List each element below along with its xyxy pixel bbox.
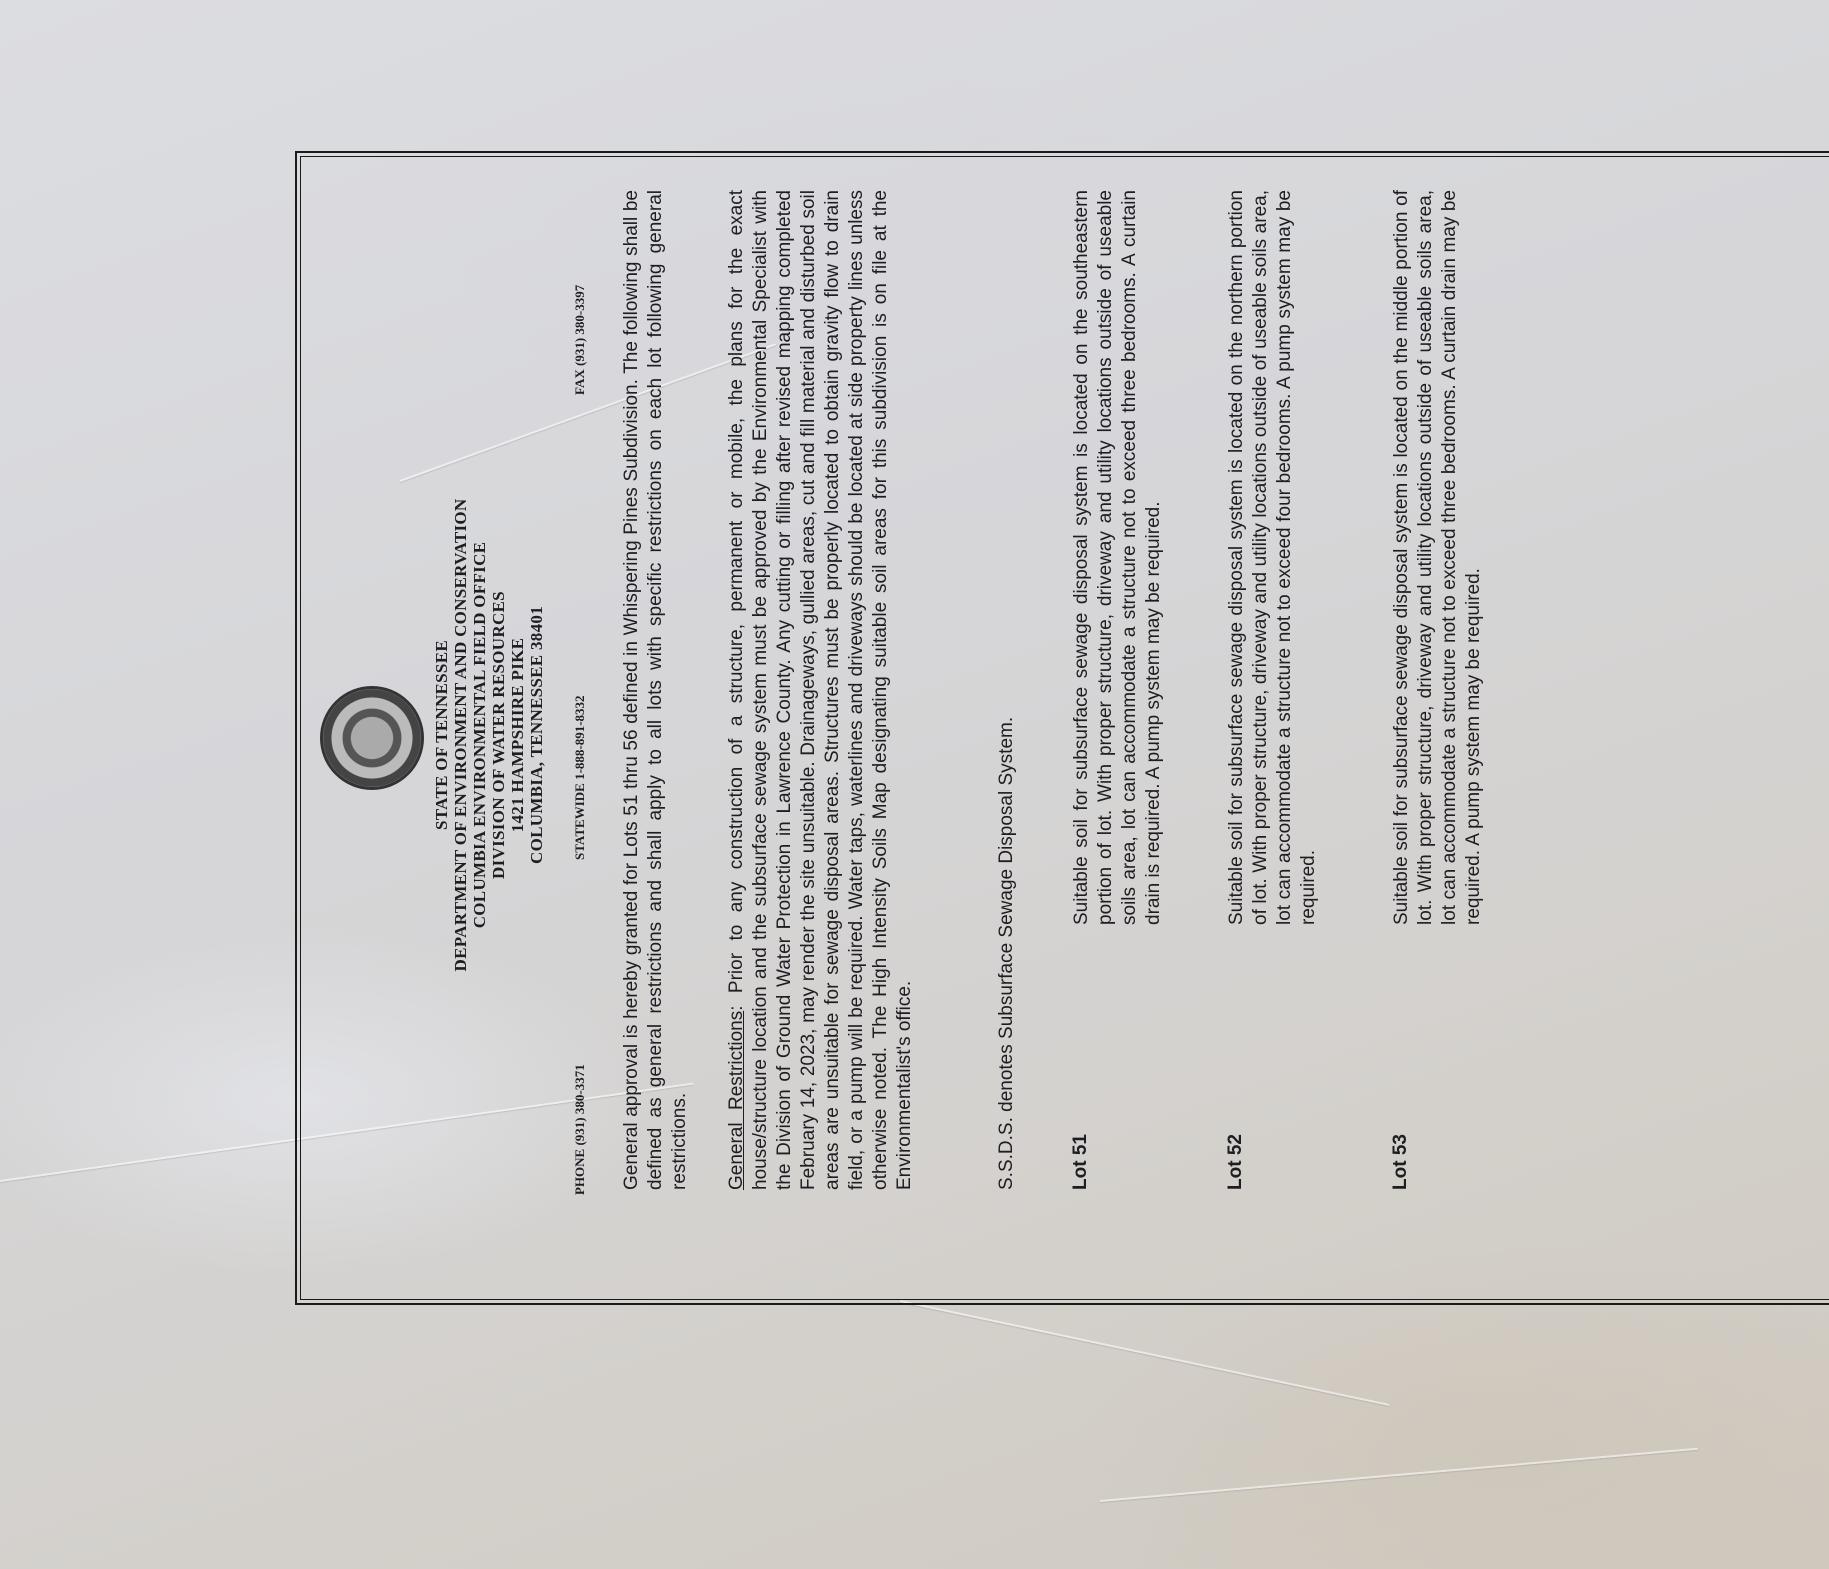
fax-number: FAX (931) 380-3397 bbox=[572, 285, 588, 395]
phone-number: PHONE (931) 380-3371 bbox=[572, 1064, 588, 1195]
letterhead-line: 1421 HAMPSHIRE PIKE bbox=[508, 310, 527, 1160]
letterhead: STATE OF TENNESSEE DEPARTMENT OF ENVIRON… bbox=[432, 310, 546, 1160]
state-seal-icon bbox=[320, 686, 424, 790]
letterhead-line: DIVISION OF WATER RESOURCES bbox=[489, 310, 508, 1160]
letterhead-line: STATE OF TENNESSEE bbox=[432, 310, 451, 1160]
lot-text: Suitable soil for subsurface sewage disp… bbox=[1070, 190, 1166, 925]
lot-label: Lot 51 bbox=[1070, 1134, 1092, 1190]
intro-paragraph: General approval is hereby granted for L… bbox=[620, 190, 692, 1190]
letterhead-line: COLUMBIA, TENNESSEE 38401 bbox=[527, 310, 546, 1160]
lot-text: Suitable soil for subsurface sewage disp… bbox=[1390, 190, 1486, 925]
document-page: STATE OF TENNESSEE DEPARTMENT OF ENVIRON… bbox=[60, 70, 1829, 1400]
paper-crease bbox=[1100, 1448, 1698, 1502]
ssds-note: S.S.D.S. denotes Subsurface Sewage Dispo… bbox=[995, 190, 1019, 1190]
lot-label: Lot 53 bbox=[1390, 1134, 1412, 1190]
general-restrictions-paragraph: General Restrictions: Prior to any const… bbox=[725, 190, 917, 1190]
statewide-number: STATEWIDE 1-888-891-8332 bbox=[572, 695, 588, 860]
lot-text: Suitable soil for subsurface sewage disp… bbox=[1225, 190, 1321, 925]
general-restrictions-text: : Prior to any construction of a structu… bbox=[726, 190, 915, 1190]
letterhead-line: DEPARTMENT OF ENVIRONMENT AND CONSERVATI… bbox=[451, 310, 470, 1160]
letterhead-line: COLUMBIA ENVIRONMENTAL FIELD OFFICE bbox=[470, 310, 489, 1160]
general-restrictions-heading: General Restrictions bbox=[726, 1011, 747, 1190]
lot-label: Lot 52 bbox=[1225, 1134, 1247, 1190]
